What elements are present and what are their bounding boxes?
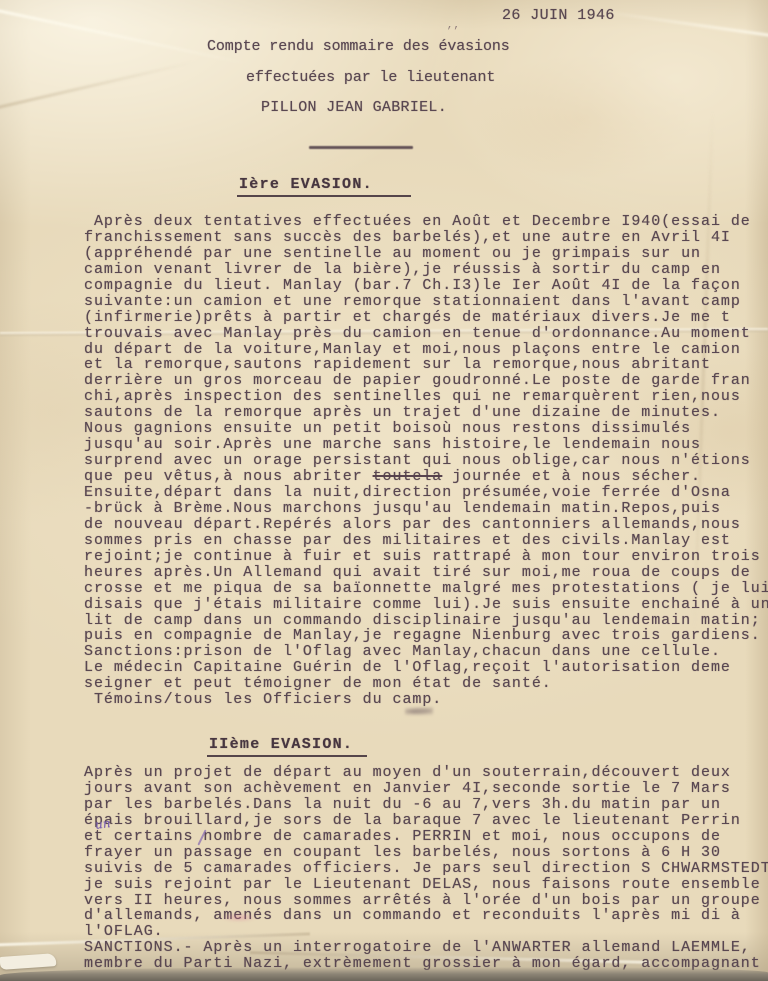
title-separator-line [309, 146, 413, 149]
section-1-heading: Ière EVASION. [237, 176, 411, 197]
title-line-3: PILLON JEAN GABRIEL. [261, 99, 447, 116]
section-1-struck-line: que peu vêtus,à nous abriter toutela jou… [84, 469, 701, 485]
crease-top-left-1 [0, 6, 247, 65]
handwritten-insertion-un: un [94, 816, 111, 832]
scanned-document-page: 26 JUIN 1946 Compte rendu sommaire des é… [0, 0, 768, 981]
struck-line-after: journée et à nous sécher. [442, 468, 701, 485]
stray-quote-mark: ’’ [446, 26, 459, 38]
typed-strikethrough-word: toutela [373, 468, 443, 485]
title-line-1: Compte rendu sommaire des évasions [207, 38, 510, 55]
pink-smudge [221, 913, 257, 922]
typed-date: 26 JUIN 1946 [502, 7, 615, 24]
struck-line-before: que peu vêtus,à nous abriter [84, 468, 373, 485]
crease-top-right [597, 9, 768, 37]
ink-smudge [405, 707, 433, 716]
section-2-body: Après un projet de départ au moyen d'un … [84, 765, 768, 972]
section-1-body-lower: Ensuite,départ dans la nuit,direction pr… [84, 485, 768, 708]
paper-tear-bottom-left [0, 953, 56, 970]
scan-edge-shadow-bottom [0, 967, 768, 981]
title-line-2: effectuées par le lieutenant [246, 69, 495, 86]
crease-top-left-2 [0, 60, 196, 110]
section-1-body-upper: Après deux tentatives effectuées en Août… [84, 214, 751, 469]
section-2-heading: IIème EVASION. [207, 736, 367, 757]
